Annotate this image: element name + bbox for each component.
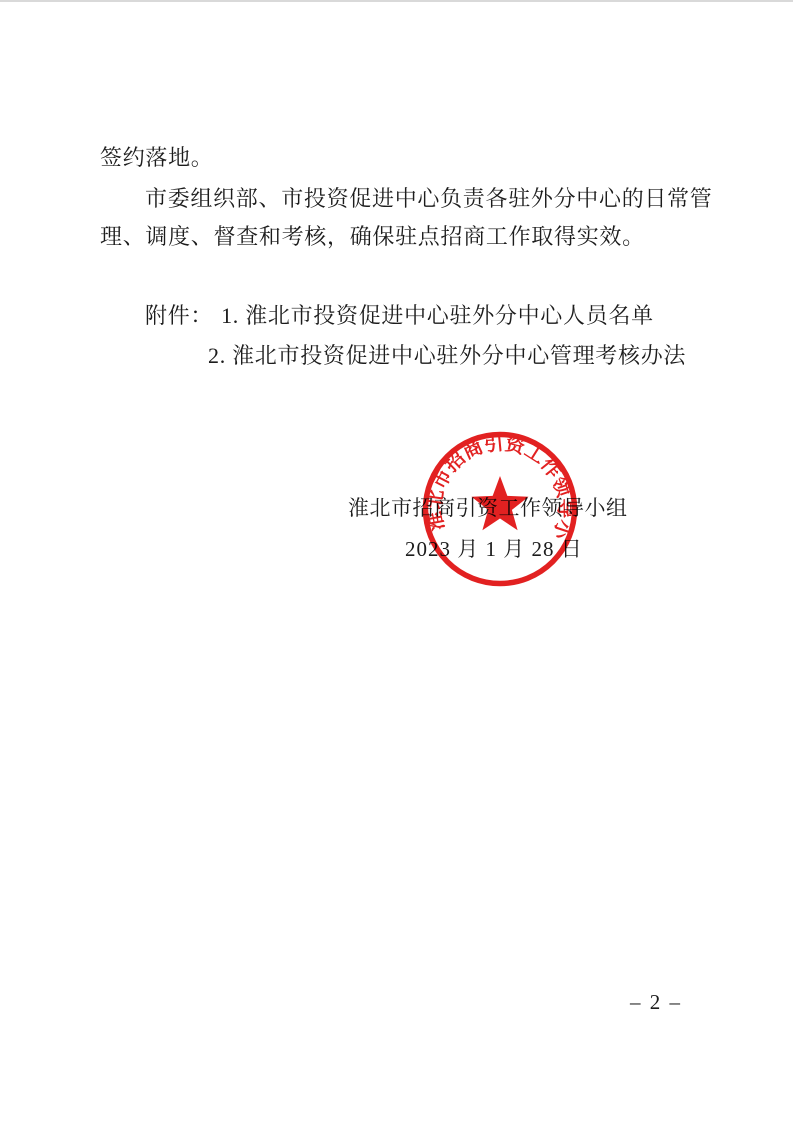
paragraph-line-1: 市委组织部、市投资促进中心负责各驻外分中心的日常管 <box>145 182 713 213</box>
page-number: – 2 – <box>630 990 682 1015</box>
paragraph-line-2: 理、调度、督查和考核，确保驻点招商工作取得实效。 <box>100 220 645 251</box>
document-page: 签约落地。 市委组织部、市投资促进中心负责各驻外分中心的日常管 理、调度、督查和… <box>0 0 793 1122</box>
scan-artifact-top-edge <box>0 0 793 2</box>
attachment-item-2: 2. 淮北市投资促进中心驻外分中心管理考核办法 <box>208 339 686 370</box>
seal-arc-text-path: 淮北市招商引资工作领导小组 <box>419 428 576 543</box>
attachment-item-1: 1. 淮北市投资促进中心驻外分中心人员名单 <box>221 303 654 328</box>
attachment-label: 附件： <box>145 303 213 328</box>
paragraph-closing-line: 签约落地。 <box>100 141 214 172</box>
seal-arc-text: 淮北市招商引资工作领导小组 <box>419 428 576 543</box>
signature-organization: 淮北市招商引资工作领导小组 <box>348 492 628 522</box>
attachment-line-1: 附件：1. 淮北市投资促进中心驻外分中心人员名单 <box>145 299 654 330</box>
signature-date: 2023 月 1 月 28 日 <box>405 533 583 563</box>
